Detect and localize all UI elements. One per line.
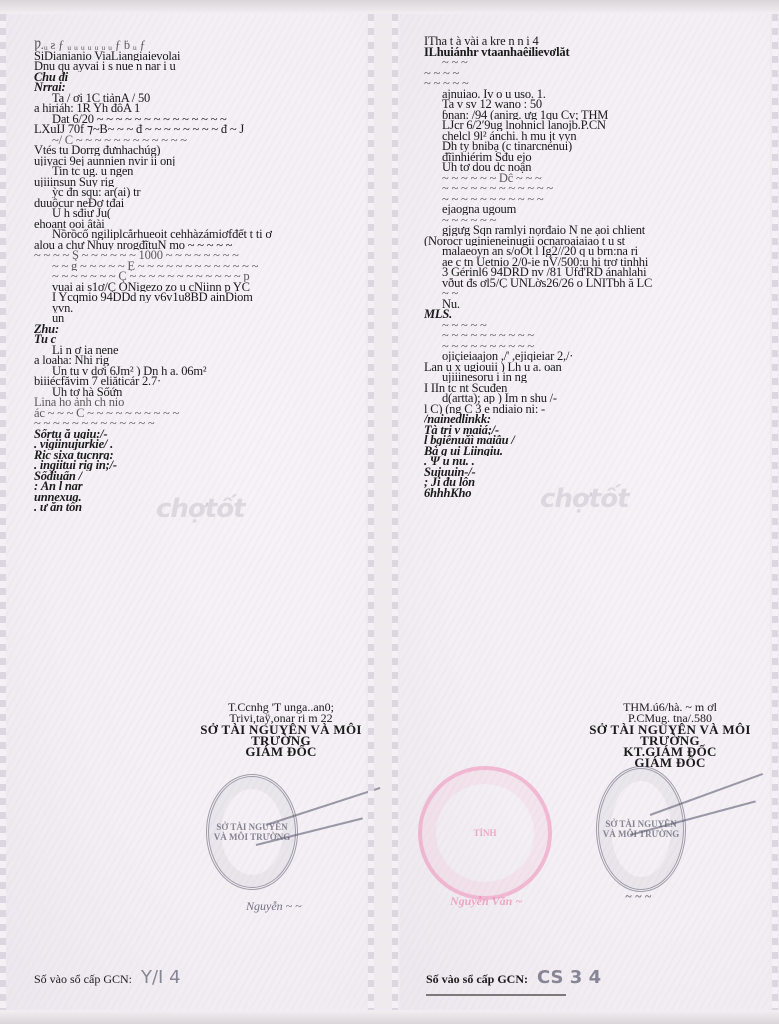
text-line: ~ ~ ~ ~ ~ ~ ~ ~ ~ ~ ~ ~ ~ (34, 418, 364, 429)
text-line: MLS. (424, 309, 770, 320)
text-line: ujiiinesoru i in ng (424, 372, 770, 383)
text-line: vuai ai s1ơ/Ç ONigezo zo u cNiinn p YC (34, 282, 364, 293)
text-line: Dh ty bnibạ (c tinarcnénui) (424, 141, 770, 152)
text-line: Nrrai: (34, 82, 364, 93)
text-line: Nu. (424, 299, 770, 310)
text-line: ỳc đn squ: ar(ai) tr (34, 187, 364, 198)
registration-label: Số vào sổ cấp GCN: (426, 972, 528, 986)
text-line: Sujuuin-/- (424, 467, 770, 478)
text-line: I Ycqmio 94DDd ny v6v1u8BD ainDiom (34, 292, 364, 303)
text-line: ~ ~ g ~ ~ ~ ~ ~ Ḝ ~ ~ ~ ~ ~ ~ ~ ~ ~ ~ ~ … (34, 261, 364, 272)
text-line: Ta v sv 12 wano : 50 (424, 99, 770, 110)
text-line: ajnuiao. Iv o u uso. 1. (424, 89, 770, 100)
text-line: ~ ~ ~ ~ ~ ~ ~ Ç ~ ~ ~ ~ ~ ~ ~ ~ ~ ~ ~ ~ … (34, 271, 364, 282)
watermark-logo: chợtốt (156, 494, 245, 524)
text-line: Sốđiuấn / (34, 471, 364, 482)
signer-name: ~ ~ ~ (625, 889, 652, 904)
text-line: I IIn tc nt Scuđen (424, 383, 770, 394)
scan-top-border (0, 0, 779, 14)
text-line: LJcr 6/2ʹ9ug lnohnicl lanojb.P.CN (424, 120, 770, 131)
page-edge-right (772, 14, 778, 1010)
text-line: Ü h sđiư Ju( (34, 208, 364, 219)
text-line: SiDianianio ViaLiangiaievolai (34, 51, 364, 62)
text-line: Chu đi (34, 72, 364, 83)
text-line: un (34, 313, 364, 324)
text-line: malaeoyn an s/oOt l Ig2//20 q u brn:na r… (424, 246, 770, 257)
text-line: chelcl 9l² ánchi. h mu jt yyn (424, 131, 770, 142)
text-line: alou a chư Nhuy nrogđĩtuN mo ~ ~ ~ ~ ~ (34, 240, 364, 251)
document-page-left: Ƿ.ᵤ ƨ ƒ ᵤ ᵤ ᵤ ᵤ ᵤ ᵤ ᵤ ƒ ḃ ᵤ ƒSiDianianio… (6, 14, 366, 1010)
text-line: a loaha: Nhi rig (34, 355, 364, 366)
text-line: ~ ~ ~ ~ ~ ~ ~ ~ ~ ~ ~ (424, 194, 770, 205)
registration-label: Số vào sổ cấp GCN: (34, 972, 132, 986)
text-line: Tà tri v maiá;/- (424, 425, 770, 436)
text-line: ejaogna ugoum (424, 204, 770, 215)
text-line: Un tu v dơi 6Jm² ) Dn h a. 06m² (34, 366, 364, 377)
text-line: LXuIJ 70f ⁊~B~ ~ ~ đ ~ ~ ~ ~ ~ ~ ~ ~ đ ~… (34, 124, 364, 135)
text-line: ~ ~ ~ ~ ~ (424, 78, 770, 89)
text-line: ác ~ ~ ~ C ~ ~ ~ ~ ~ ~ ~ ~ ~ ~ (34, 408, 364, 419)
text-line: ỵvn. (34, 303, 364, 314)
text-line: d(artta); ap ) Im n shu /- (424, 393, 770, 404)
text-line: ~ ~ ~ ~ Ş ~ ~ ~ ~ ~ ~ 1000 ~ ~ ~ ~ ~ ~ ~… (34, 250, 364, 261)
text-line: duuộcur neĐợ tđai (34, 198, 364, 209)
text-line: Dnu qu ayvai i s nue n nar i u (34, 61, 364, 72)
signature-block: T.Ccnhg 'T unga..an0; Trivi,taÿ,onar ri … (186, 702, 376, 757)
text-line: Zhu: (34, 324, 364, 335)
text-line: Ric sixa tucnrg: (34, 450, 364, 461)
text-line: Dat 6/20 ~ ~ ~ ~ ~ ~ ~ ~ ~ ~ ~ ~ ~ ~ (34, 114, 364, 125)
text-line: ~ ~ ~ ~ ~ ~ ~ ~ ~ ~ (424, 330, 770, 341)
text-line: . ingiitui rig in;/- (34, 460, 364, 471)
text-line: Uh tơ hà Sốứn (34, 387, 364, 398)
text-line: Sốrtu ă ugiu:/- (34, 429, 364, 440)
signer-title: GIÁM ĐỐC (570, 757, 770, 768)
page-text-body: Ƿ.ᵤ ƨ ƒ ᵤ ᵤ ᵤ ᵤ ᵤ ᵤ ᵤ ƒ ḃ ᵤ ƒSiDianianio… (34, 40, 364, 513)
text-line: ~ ~ ~ ~ (424, 68, 770, 79)
official-stamp-red: TỈNH (418, 766, 552, 900)
text-line: l bgiễnuăì maiẫu / (424, 435, 770, 446)
text-line: ojiçieiaajon ,/' ,ejiqieiar 2,/· (424, 351, 770, 362)
text-line: : Ấn l nar (34, 481, 364, 492)
text-line: ~/ C ~ ~ ~ ~ ~ ~ ~ ~ ~ ~ ~ ~ (34, 135, 364, 146)
text-line: Nồrồcố ngiliplcắrhueoit cehhàzámiơfđết t… (34, 229, 364, 240)
text-line: ujiiinsun Suy rig (34, 177, 364, 188)
text-line: ~ ~ ~ ~ ~ ~ Dĉ ~ ~ ~ (424, 173, 770, 184)
signer-name: Nguyễn ~ ~ (246, 899, 302, 914)
text-line: Uh tơ dou dc noận (424, 162, 770, 173)
text-line: . Ψ u nu. . (424, 456, 770, 467)
page-edge-left-inner (368, 14, 374, 1010)
text-line: ~ ~ ~ ~ ~ ~ ~ ~ ~ ~ ~ ~ (424, 183, 770, 194)
page-edge-right-inner (392, 14, 398, 1010)
text-line: Vtés tu Dorrg đưnhachúg) (34, 145, 364, 156)
text-line: Li n ơ ia nene (34, 345, 364, 356)
registration-handwritten-number: Y/I 4 (141, 967, 181, 988)
text-line: ILhuiánhr vtaanhaệỉlievơlăt (424, 47, 770, 58)
issuing-organization: SỞ TÀI NGUYÊN VÀ MÔI TRƯỜNG (186, 724, 376, 746)
text-line: 3 Gérinl6 94DRD nv /81 Ufđ'RD ánahlahi (424, 267, 770, 278)
signature-block: THM.ú6/hà. ~ m ơl P.CMug. tna/.580 SỞ TÀ… (570, 702, 770, 768)
text-line: Tin tc ug. u ngen (34, 166, 364, 177)
text-line: ~ ~ ~ ~ ~ ~ (424, 215, 770, 226)
text-line: Lina ho ảnh ch nio (34, 397, 364, 408)
issuing-organization: SỞ TÀI NGUYÊN VÀ MÔI TRƯỜNG (570, 724, 770, 746)
registration-handwritten-number: CS 3 4 (537, 967, 601, 988)
text-line: /nainedlinkk: (424, 414, 770, 425)
scan-bottom-border (0, 1010, 779, 1024)
text-line: ~ ~ ~ (424, 57, 770, 68)
text-line: ITha t à vài a kre n n i 4 (424, 36, 770, 47)
signer-title: GIÁM ĐỐC (186, 746, 376, 757)
text-line: ae c tn Uetnio 2/0-ie nV/500:u hi trơ ti… (424, 257, 770, 268)
footer-rule (426, 994, 566, 996)
watermark-logo: chợtốt (540, 484, 629, 514)
text-line: Ƿ.ᵤ ƨ ƒ ᵤ ᵤ ᵤ ᵤ ᵤ ᵤ ᵤ ƒ ḃ ᵤ ƒ (34, 40, 364, 51)
registration-number: Số vào sổ cấp GCN: Y/I 4 (34, 972, 181, 985)
official-stamp: SỞ TÀI NGUYÊN VÀ MÔI TRƯỜNG (206, 774, 298, 890)
text-line: ~ ~ ~ ~ ~ (424, 320, 770, 331)
text-line: Ta / ơi 1C tiảnA / 50 (34, 93, 364, 104)
text-line: biiiécfăvim 7 eliăticár 2.7· (34, 376, 364, 387)
text-line: đĩinhiérim Sđu ejo (424, 152, 770, 163)
text-line: ~ ~ (424, 288, 770, 299)
signer-name-red: Nguyễn Văn ~ (450, 894, 522, 909)
text-line: . vigiinujurkie/ . (34, 439, 364, 450)
text-line: (Nọrocr uginieneinugii ọcnaroạiaiao t u … (424, 236, 770, 247)
text-line: vðut đs ơl5/Ç UNLờs26/26 o LNITbh ă LC (424, 278, 770, 289)
document-page-right: ITha t à vài a kre n n i 4ILhuiánhr vtaa… (400, 14, 770, 1010)
official-stamp: SỞ TÀI NGUYÊN VÀ MÔI TRƯỜNG (596, 766, 686, 892)
text-line: ehoant ooi âtài (34, 219, 364, 230)
text-line: gjgưg Sqn ramlyi nọrđaio N ne ạoi chlien… (424, 225, 770, 236)
text-line: ɓnan: /94 (anirg. ưg 1qu Cv; THM (424, 110, 770, 121)
text-line: l C) (ng C 3 e ndiaio ni: - (424, 404, 770, 415)
text-line: Lan u x ugiouii ) Lh u a. oan (424, 362, 770, 373)
page-text-body: ITha t à vài a kre n n i 4ILhuiánhr vtaa… (424, 36, 770, 498)
text-line: a hiriáh: 1R Yh đôA 1 (34, 103, 364, 114)
text-line: Tu c (34, 334, 364, 345)
registration-number: Số vào sổ cấp GCN: CS 3 4 (426, 972, 601, 985)
text-line: Bà g ui Liingiu. (424, 446, 770, 457)
text-line: ~ ~ ~ ~ ~ ~ ~ ~ ~ ~ (424, 341, 770, 352)
text-line: ujiyaci 9ej aunnien nvir ii onj (34, 156, 364, 167)
